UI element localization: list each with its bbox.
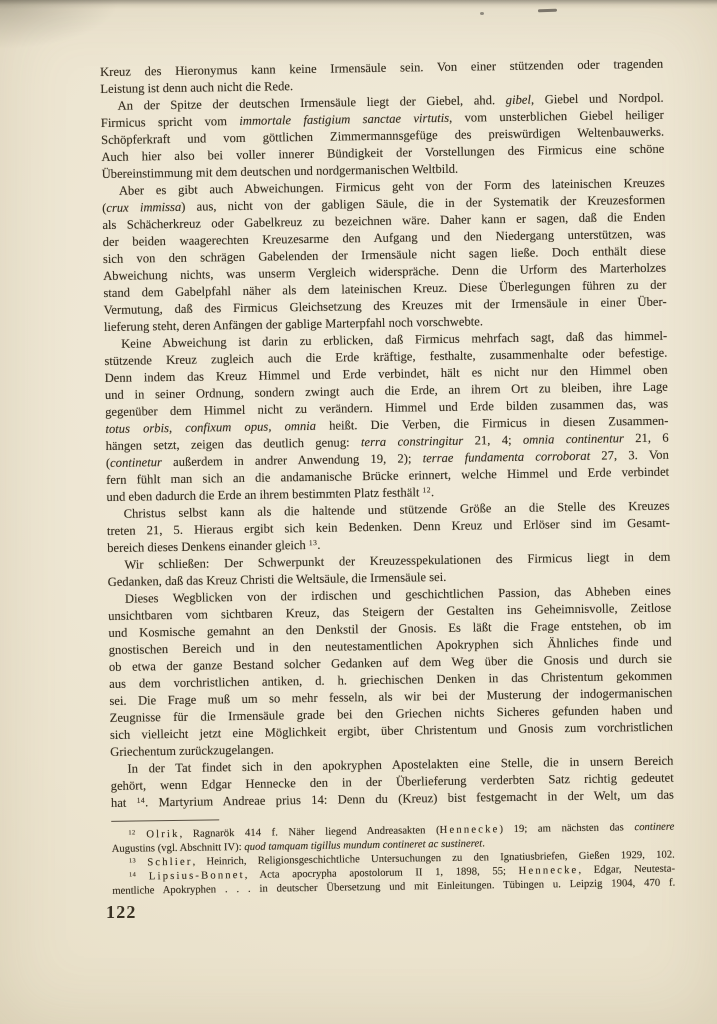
body-text: Kreuz des Hieronymus kann keine Irmensäu… [100, 56, 674, 812]
paragraph: An der Spitze der deutschen Irmensäule l… [101, 90, 665, 183]
scan-artifact-dash [538, 9, 557, 13]
paragraph: Aber es gibt auch Abweichungen. Firmicus… [102, 175, 667, 336]
paragraph: Dieses Wegblicken von der irdischen und … [108, 583, 673, 761]
footnotes: 12 Olrik, Ragnarök 414 f. Näher liegend … [111, 821, 675, 899]
paragraph: Keine Abweichung ist darin zu erblicken,… [104, 328, 669, 506]
book-page: Kreuz des Hieronymus kann keine Irmensäu… [0, 0, 717, 1024]
scan-artifact-speck [480, 12, 484, 15]
scan-edge-shadow [0, 0, 717, 9]
paragraph: Christus selbst kann als die haltende un… [107, 498, 671, 557]
paragraph: In der Tat findet sich in den apokryphen… [110, 753, 674, 812]
footnote-separator [111, 819, 219, 822]
scan-corner-shadow [0, 0, 170, 70]
page-number: 122 [106, 902, 137, 923]
text-block: Kreuz des Hieronymus kann keine Irmensäu… [100, 56, 675, 899]
